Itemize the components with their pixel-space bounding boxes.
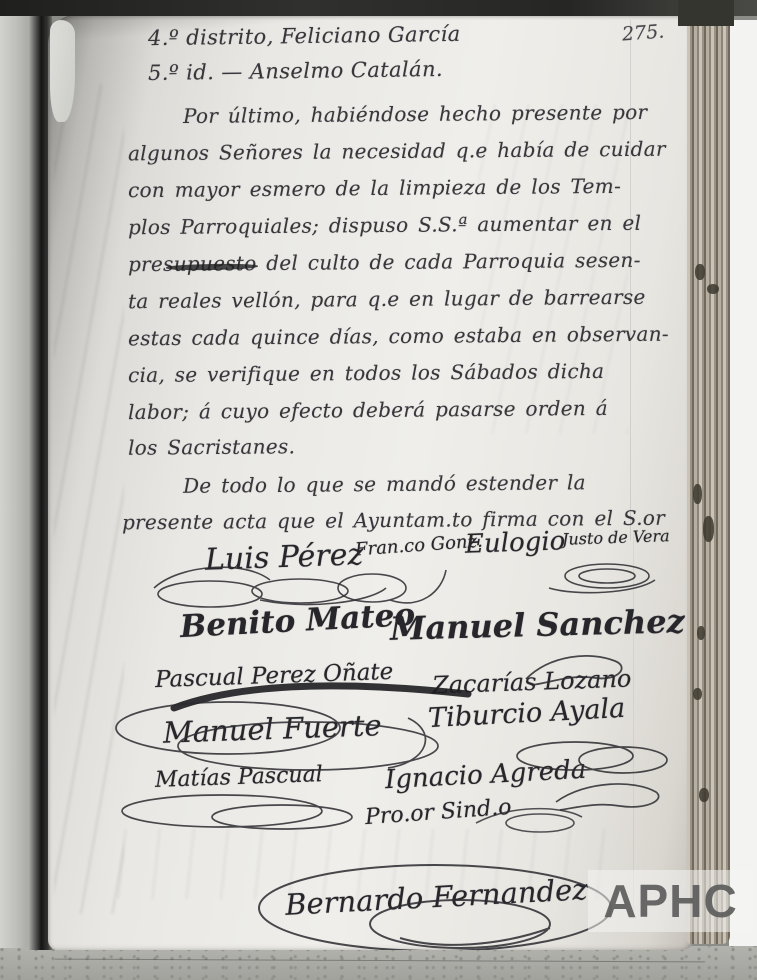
body-line: estas cada quince días, como estaba en o… xyxy=(128,322,669,351)
body-line: ta reales vellón, para q.e en lugar de b… xyxy=(128,285,646,314)
body-line: con mayor esmero de la limpieza de los T… xyxy=(128,174,621,202)
edge-blotch xyxy=(707,284,719,294)
table-surface xyxy=(0,946,757,980)
backdrop-top-edge xyxy=(0,0,757,16)
edge-blotch xyxy=(695,264,705,280)
body-line: labor; á cuyo efecto deberá pasarse orde… xyxy=(128,396,608,424)
body-line: los Sacristanes. xyxy=(128,434,295,459)
signature-flourish xyxy=(112,783,382,838)
header-line: 5.º id. — Anselmo Catalán. xyxy=(148,57,443,85)
aphc-watermark: APHC xyxy=(588,870,753,932)
signature-flourish xyxy=(108,688,458,778)
header-line: 4.º distrito, Feliciano García xyxy=(148,22,461,50)
scan-white-edge xyxy=(729,20,757,946)
body-line: plos Parroquiales; dispuso S.S.ª aumenta… xyxy=(128,211,641,239)
edge-blotch xyxy=(693,484,702,504)
signature-flourish xyxy=(250,858,620,950)
previous-page-strip xyxy=(0,12,29,948)
signature-flourish xyxy=(470,795,590,840)
edge-blotch xyxy=(697,626,705,640)
book-fore-edge xyxy=(687,16,730,944)
signature-justo-de-vera: Justo de Vera xyxy=(562,526,670,549)
body-line: Por último, habiéndose hecho presente po… xyxy=(183,100,648,128)
signature-flourish xyxy=(520,645,635,690)
page-crease xyxy=(630,20,631,540)
edge-blotch xyxy=(699,788,709,802)
edge-blotch xyxy=(693,688,702,700)
signature-flourish xyxy=(330,558,450,613)
manuscript-book-scan: 275. 4.º distrito, Feliciano García 5.º … xyxy=(0,0,757,980)
body-line: De todo lo que se mandó estender la xyxy=(183,470,586,498)
body-line: algunos Señores la necesidad q.e había d… xyxy=(128,137,666,166)
manuscript-page: 275. 4.º distrito, Feliciano García 5.º … xyxy=(48,14,694,950)
backdrop-top-right-corner xyxy=(678,0,734,26)
body-line: cia, se verifique en todos los Sábados d… xyxy=(128,359,605,387)
signature-flourish xyxy=(545,550,660,600)
underpage-corner xyxy=(50,20,75,122)
edge-blotch xyxy=(703,516,714,542)
page-number: 275. xyxy=(621,21,665,46)
aphc-watermark-text: APHC xyxy=(603,874,737,928)
body-line: presupuesto del culto de cada Parroquia … xyxy=(128,248,641,276)
